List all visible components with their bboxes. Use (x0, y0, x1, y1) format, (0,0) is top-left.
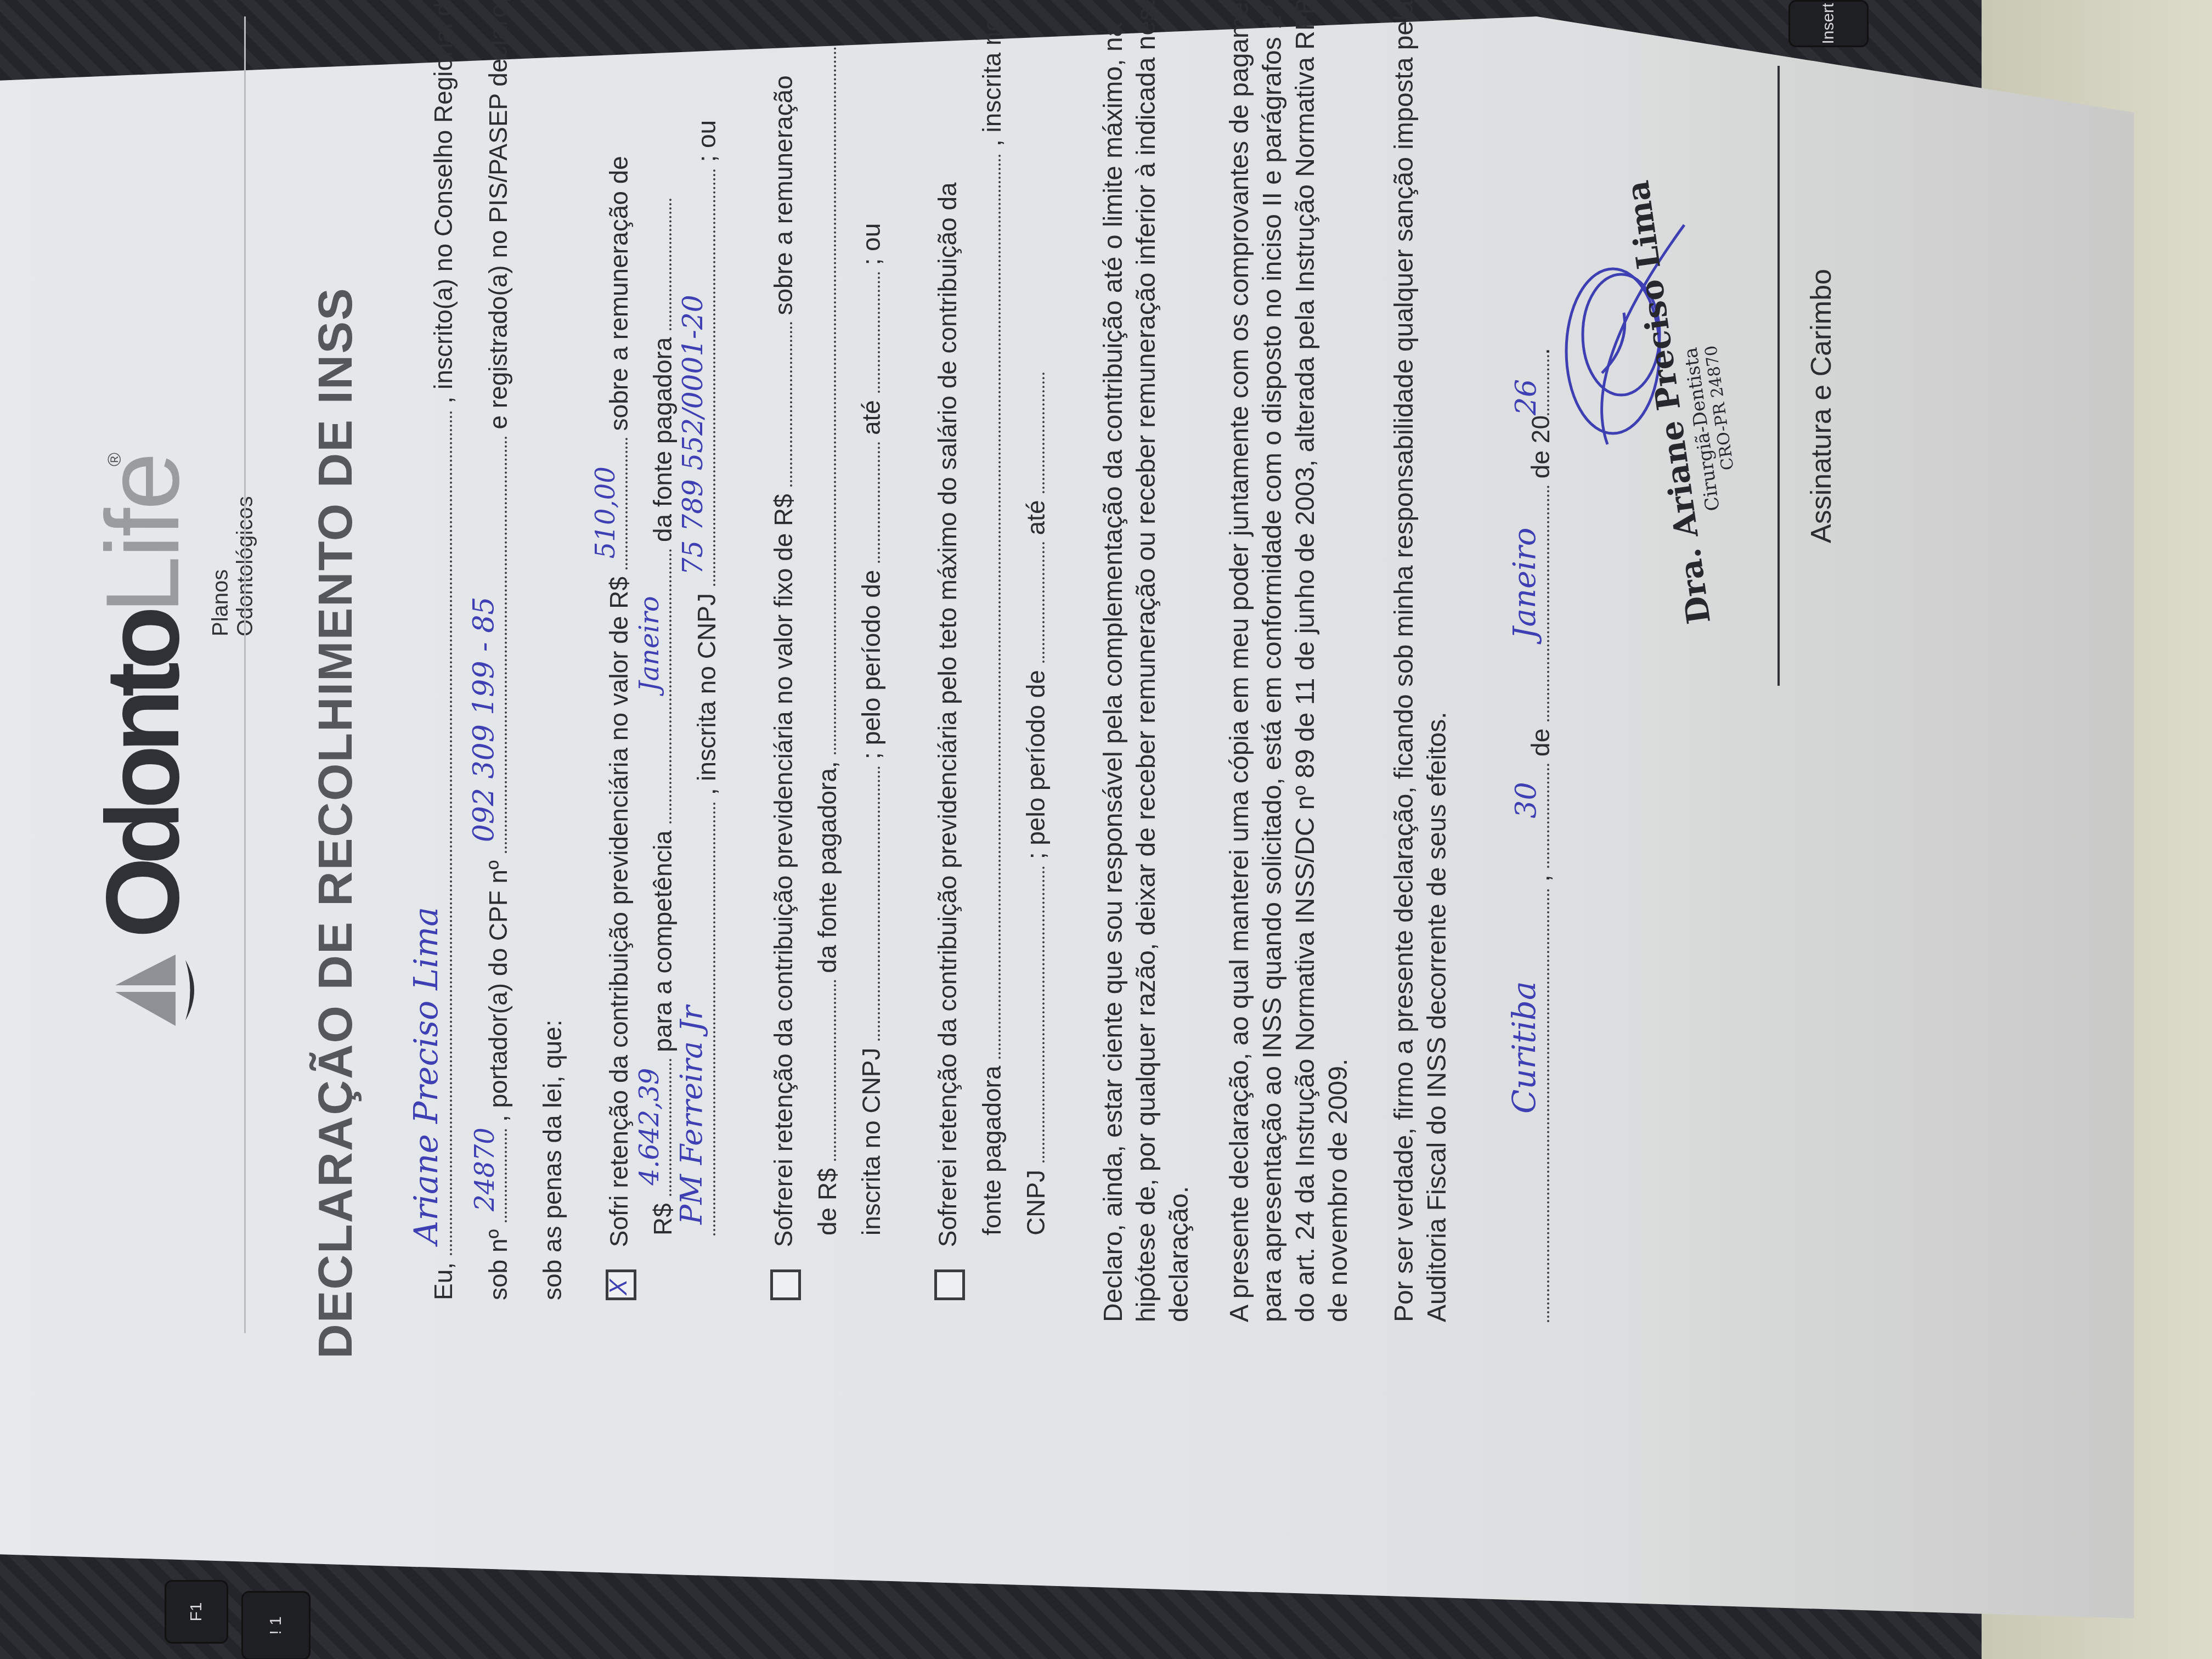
signature-label: Assinatura e Carimbo (1805, 269, 1838, 543)
paragraph-ciente: Declaro, ainda, estar ciente que sou res… (1097, 0, 1196, 1322)
option-2-periodo-fim-field[interactable] (856, 272, 880, 393)
paragraph-copia: A presente declaração, ao qual manterei … (1223, 0, 1355, 1322)
month-field[interactable]: Janeiro (1525, 486, 1549, 721)
option-3-cnpj-field[interactable] (1020, 866, 1045, 1163)
option-1-cnpj-field[interactable]: 75 789 552/0001-20 (691, 169, 715, 586)
keyboard-key-f1: F1 (165, 1580, 228, 1644)
option-3-fonte-pagadora-field[interactable] (977, 154, 1001, 1059)
option-2-fonte-pagadora-field[interactable] (812, 47, 836, 754)
option-2-remuneracao-field[interactable] (812, 980, 836, 1161)
option-2-cnpj-field[interactable] (856, 766, 880, 1041)
identity-line-3: sob as penas da lei, que: (538, 0, 582, 1300)
cpf-field[interactable]: 092 309 199 - 85 (483, 436, 507, 853)
option-3-line-3: CNPJ ; pelo período de até (1020, 0, 1064, 1300)
cro-label: , inscrito(a) no Conselho Regional de Od… (429, 0, 458, 403)
declaration-form: OdontoLife ® Planos Odontológicos DECLAR… (0, 60, 2134, 1585)
year-field[interactable]: 26 (1525, 355, 1549, 415)
option-1-valor-field[interactable]: 510,00 (603, 438, 628, 569)
header-divider (244, 16, 246, 1333)
option-2-line-3: inscrita no CNPJ ; pelo período de até ;… (856, 0, 900, 1300)
page-title: DECLARAÇÃO DE RECOLHIMENTO DE INSS (307, 60, 363, 1585)
keyboard-key-1: ! 1 (241, 1591, 311, 1659)
option-1-fonte-pagadora-field[interactable]: PM Ferreira Jr (691, 802, 715, 1235)
cro-number-field[interactable]: 24870 (483, 1129, 507, 1222)
option-1-fonte-field-end[interactable] (647, 199, 672, 330)
option-3-line-2: fonte pagadora , inscrita no (977, 0, 1020, 1300)
option-1-remuneracao-field[interactable]: 4.642,39 (647, 1059, 672, 1196)
option-2-checkbox[interactable] (770, 1269, 801, 1300)
option-3-periodo-fim-field[interactable] (1020, 373, 1045, 493)
option-3-line-1: Sofrerei retenção da contribuição previd… (933, 0, 977, 1300)
logo-subtitle: Planos Odontológicos (208, 428, 258, 636)
sailboat-icon (110, 949, 203, 1031)
option-1-line-3: PM Ferreira Jr , inscrita no CNPJ 75 789… (691, 0, 735, 1300)
day-field[interactable]: 30 (1525, 764, 1549, 868)
option-2-periodo-inicio-field[interactable] (856, 442, 880, 563)
signature-line (1778, 66, 1780, 686)
city-field[interactable]: Curitiba (1525, 889, 1549, 1322)
option-2-valor-field[interactable] (768, 322, 792, 487)
logo-wordmark: OdontoLife (88, 454, 198, 938)
option-2-line-2: de R$ da fonte pagadora, (812, 0, 856, 1300)
eu-label: Eu, (429, 1262, 458, 1300)
date-line: Curitiba , 30 de Janeiro de 2026. (1525, 0, 1569, 1322)
name-field[interactable]: Ariane Preciso Lima (428, 410, 452, 1255)
keyboard-key-insert: Insert (1788, 0, 1869, 47)
odontolife-logo: OdontoLife ® Planos Odontológicos (88, 428, 219, 1031)
option-2-line-1: Sofrerei retenção da contribuição previd… (768, 0, 812, 1300)
option-3-periodo-inicio-field[interactable] (1020, 542, 1045, 663)
registered-mark: ® (104, 453, 126, 466)
identity-line-2: sob nº 24870 , portador(a) do CPF nº 092… (483, 0, 527, 1300)
option-1-competencia-field[interactable]: Janeiro (647, 549, 672, 823)
option-3-checkbox[interactable] (934, 1269, 965, 1300)
option-1-checkbox[interactable]: X (606, 1269, 636, 1300)
paragraph-verdade: Por ser verdade, firmo a presente declar… (1388, 0, 1454, 1322)
identity-line-1: Eu, Ariane Preciso Lima , inscrito(a) no… (428, 0, 472, 1300)
